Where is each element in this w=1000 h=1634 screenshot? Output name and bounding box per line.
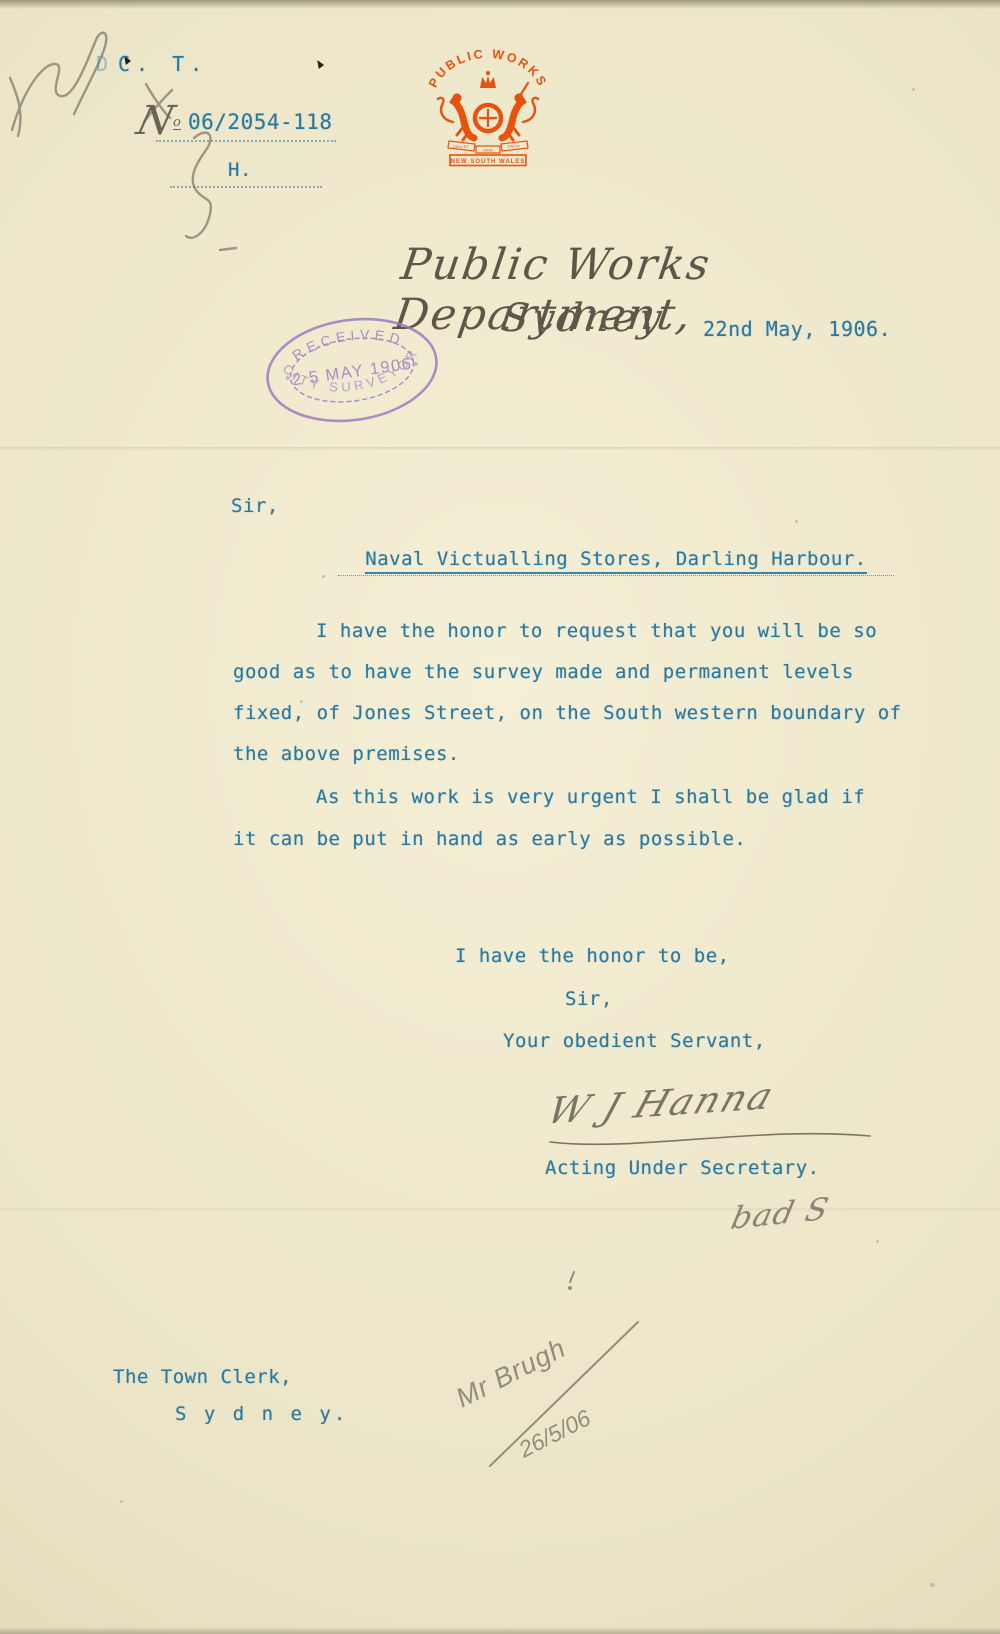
signature-text: W J Hanna — [542, 1074, 780, 1132]
addressee-line2: S y d n e y. — [175, 1403, 348, 1425]
body-line: good as to have the survey made and perm… — [233, 661, 854, 683]
unicorn-supporter-icon — [502, 83, 538, 140]
motto-right-text: DROIT — [508, 144, 521, 149]
signer-title: Acting Under Secretary. — [545, 1157, 820, 1179]
salutation: Sir, — [231, 495, 279, 517]
signature: W J Hanna — [552, 1082, 770, 1125]
letterhead-city: Sydney — [499, 296, 667, 341]
valediction-line2: Sir, — [565, 988, 613, 1010]
branch-letter-rule — [170, 186, 322, 188]
motto-center-text: MON — [483, 148, 492, 153]
branch-letter: H. — [228, 159, 252, 181]
body-line: fixed, of Jones Street, on the South wes… — [233, 702, 902, 724]
addressee-line1: The Town Clerk, — [113, 1366, 292, 1388]
page-bottom-edge — [0, 1627, 1000, 1634]
pencil-note-date: 26/5/06 — [514, 1404, 595, 1463]
letterhead-department: Public Works Department, — [391, 240, 1000, 340]
number-label-sup: o — [173, 116, 181, 130]
banner-text: NEW SOUTH WALES — [451, 159, 526, 165]
letter-date: 22nd May, 1906. — [703, 317, 891, 341]
lion-supporter-icon — [438, 93, 474, 140]
signature-flourish — [546, 1126, 876, 1154]
page-top-edge — [0, 0, 1000, 9]
ref-initials: C. T. — [118, 52, 208, 76]
motto-left-text: DIEU ET — [453, 144, 469, 149]
pencil-note-name: Mr Brugh — [451, 1333, 571, 1414]
valediction-line3: Your obedient Servant, — [503, 1030, 766, 1052]
subject-line: Naval Victualling Stores, Darling Harbou… — [338, 548, 894, 576]
received-stamp: RECEIVED * * 2 5 MAY 1906 CITY SURVEYOR — [255, 303, 449, 437]
ref-faint-letter: D — [96, 52, 109, 76]
body-line: I have the honor to request that you wil… — [316, 620, 877, 642]
body-line: As this work is very urgent I shall be g… — [316, 786, 865, 808]
fold-crease — [0, 1208, 1000, 1212]
valediction-line1: I have the honor to be, — [455, 945, 730, 967]
ink-mark — [316, 60, 324, 69]
file-number-rule — [156, 140, 336, 142]
file-number: 06/2054-118 — [188, 110, 333, 134]
public-works-crest: PUBLIC WORKS — [420, 46, 556, 168]
crown-icon — [480, 75, 496, 88]
pencil-note: Mr Brugh 26/5/06 — [420, 1270, 680, 1480]
letter-page: D C. T. N o 06/2054-118 H. PUBLIC WORKS — [0, 0, 1000, 1634]
body-line: it can be put in hand as early as possib… — [233, 828, 746, 850]
subject-text: Naval Victualling Stores, Darling Harbou… — [365, 548, 866, 574]
body-line: the above premises. — [233, 743, 460, 765]
pencil-initials: bad S — [728, 1191, 833, 1237]
fold-crease — [0, 447, 1000, 451]
